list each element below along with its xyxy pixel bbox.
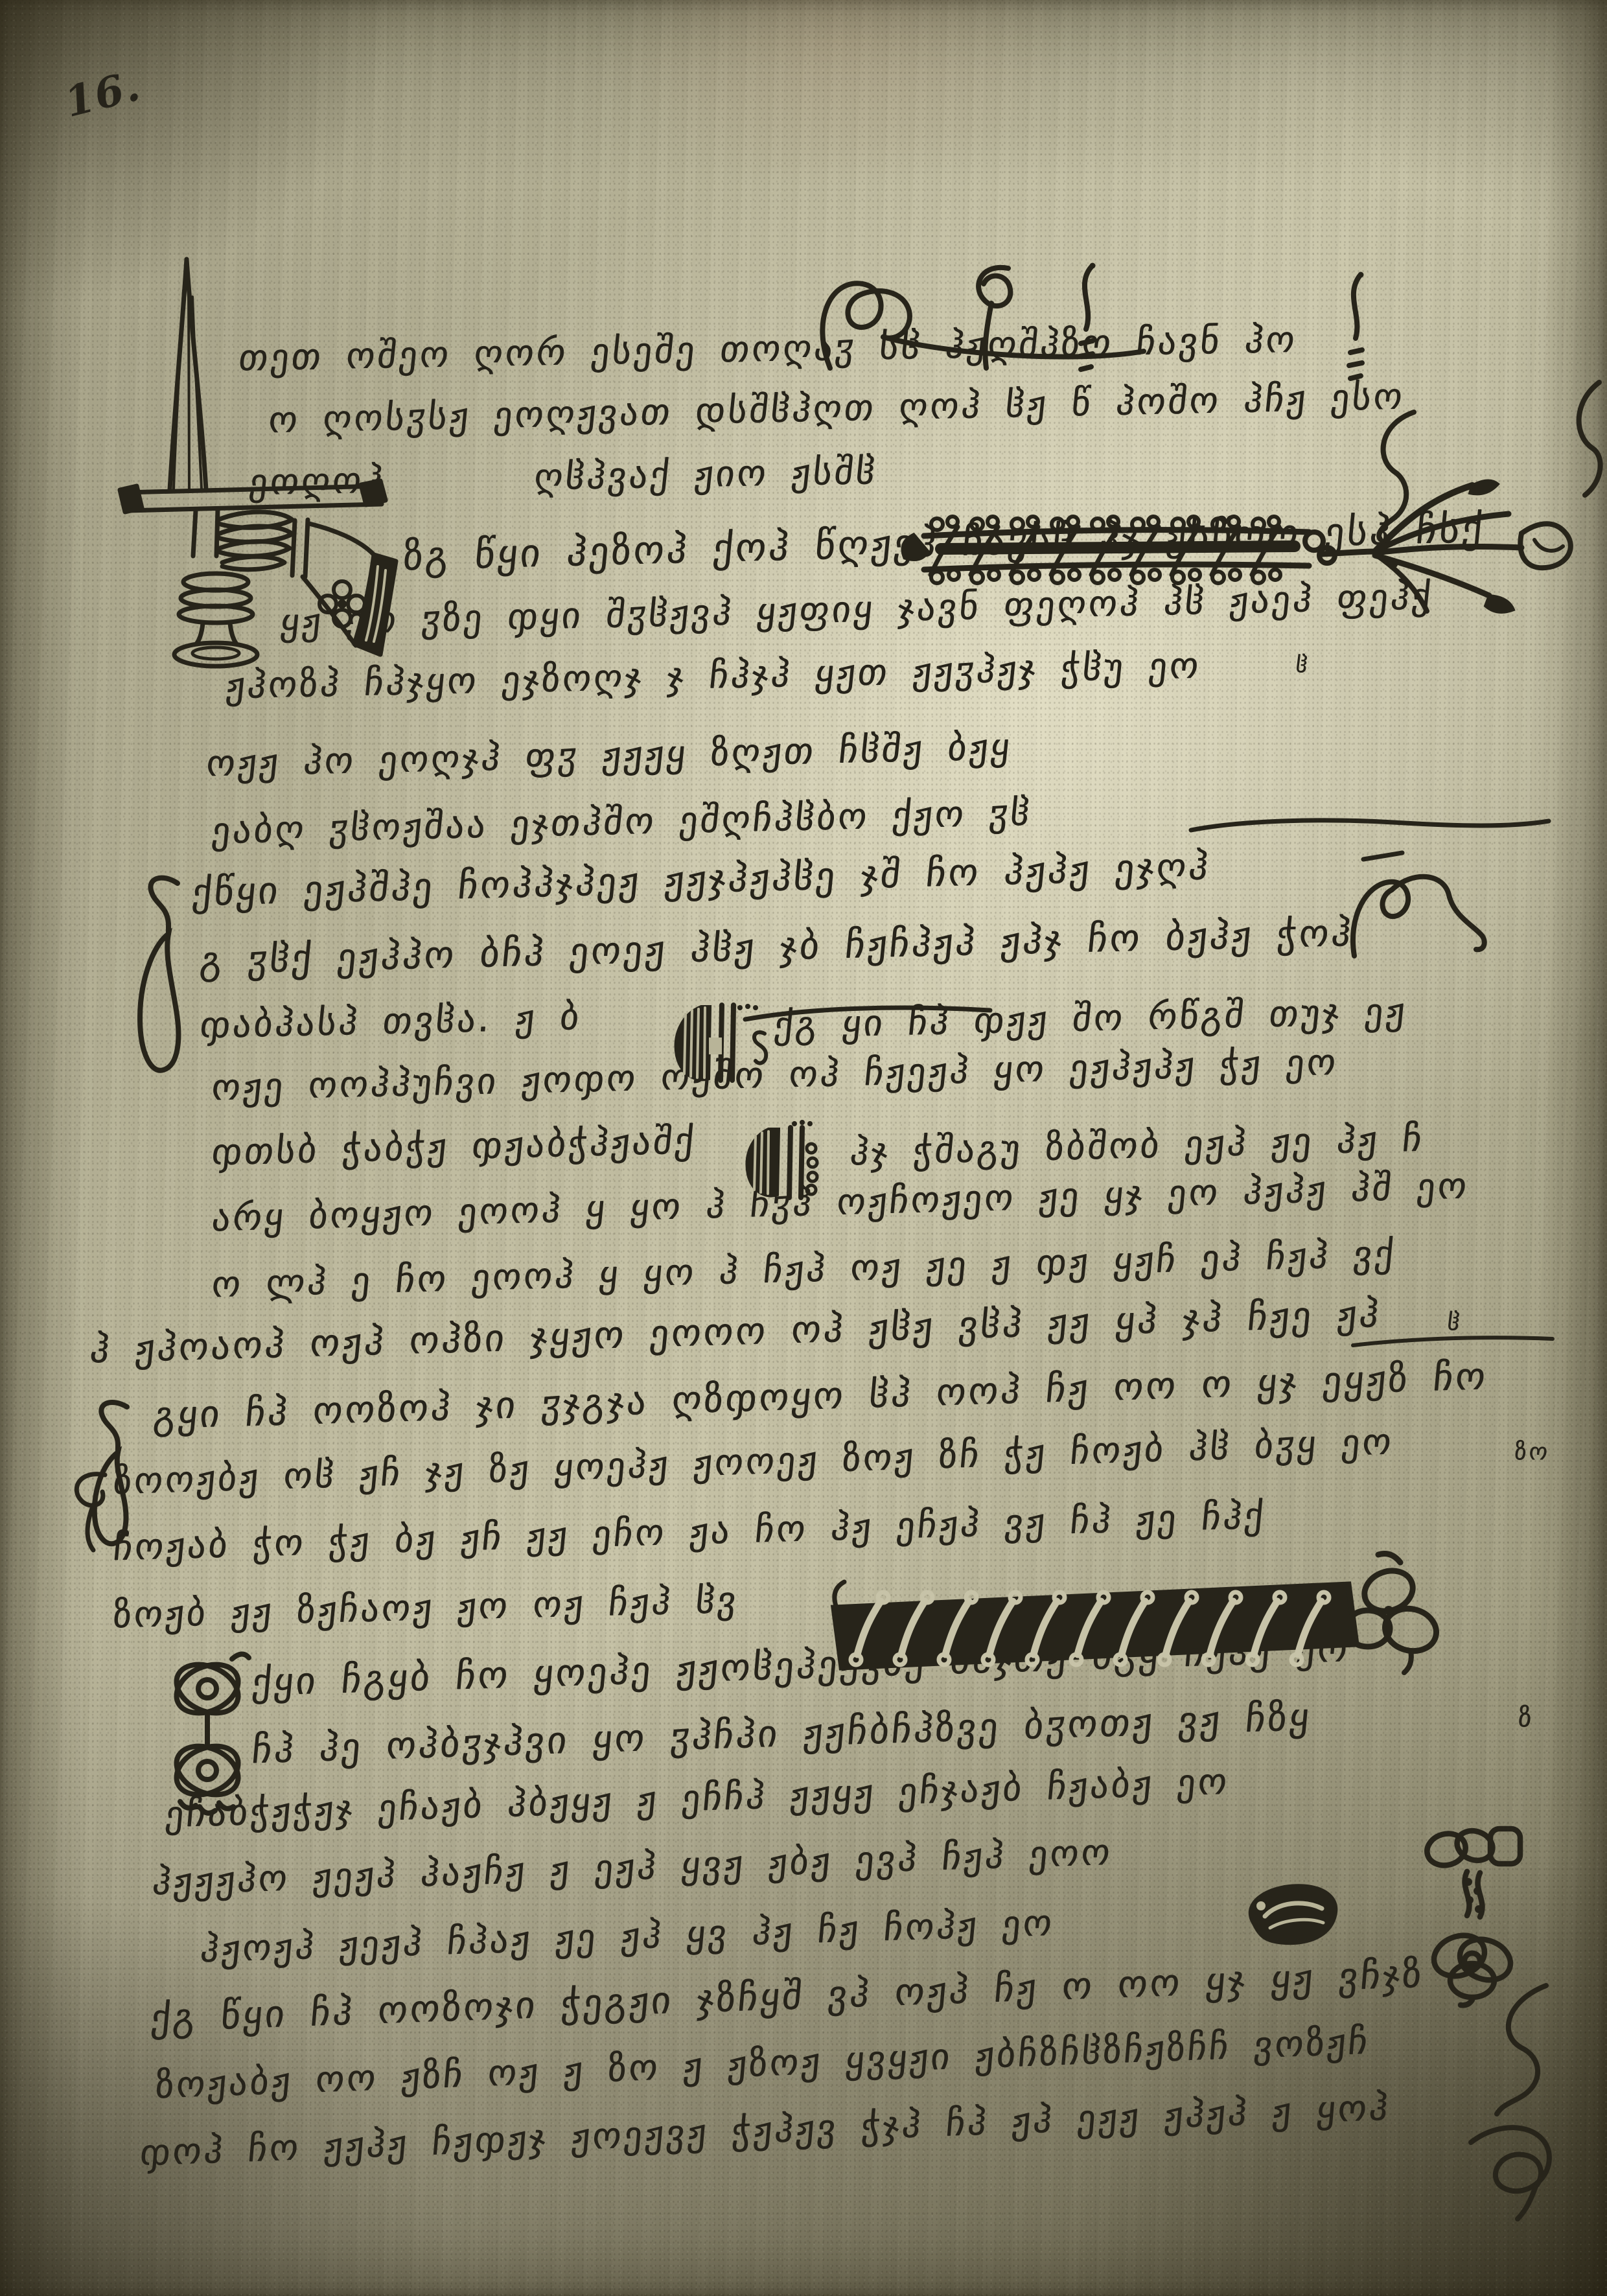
paragraph-end-double-loop-icon: [1335, 859, 1490, 972]
kharagma-initial-1-icon: [123, 872, 191, 1079]
short-dash-icon: [1361, 850, 1406, 863]
left-margin-curl-icon: [60, 1463, 118, 1554]
handwritten-text-line: ჱ: [1446, 1309, 1464, 1336]
left-margin-double-knot-icon: [154, 1647, 261, 1822]
sword-and-arm-drawing-icon: [120, 251, 399, 679]
top-single-curl-flourish-icon: [958, 258, 1023, 375]
hatched-initial-1-icon: [667, 1001, 998, 1089]
handwritten-text-line: ჶაბჰასჰ თვჱა. ჟ ბ: [198, 996, 583, 1047]
handwritten-text-line: ზო: [1513, 1439, 1551, 1465]
handwritten-text-line: ეაბღ ჳჱოჟშაა ეჯთჰშო ეშღჩჰჱბო ქჟო ჳჱ: [209, 791, 1034, 852]
bottom-swirl-flourish-1-icon: [1479, 1978, 1563, 2120]
right-edge-loop-flourish-icon: [1567, 376, 1607, 505]
interlaced-branch-band-icon: [894, 457, 1607, 658]
line-end-loop-flourish-icon: [1361, 402, 1426, 544]
handwritten-text-line: ზ: [1516, 1703, 1536, 1733]
handwritten-text-line: ო ლჰ ე ჩო ეოოჰ ყ ყო ჰ ჩჟჰ ოჟ ჟე ჟ ჶჟ ყჟჩ…: [210, 1233, 1398, 1306]
handwritten-text-line: ქწყი ეჟჰშჰე ჩოჰჰჯჰეჟ ჟჟჯჰჟჰჱე ჯშ ჩო ჰჟჰჟ…: [190, 844, 1212, 914]
manuscript-page: 16. თეთ ოშეო ღორ ესეშე თოღაჳ სჱ ჰჟღშჰზო …: [0, 0, 1607, 2296]
ink-blot-scribble-icon: [1236, 1876, 1347, 1954]
handwritten-text-line: ჰჯ ჭშაგუ ზბშობ ეჟჰ ჟე ჰჟ ჩ: [848, 1117, 1426, 1174]
exclamation-flourish-icon: [1063, 259, 1108, 389]
tall-mark-flourish-icon: [1334, 267, 1379, 397]
bottom-swirl-flourish-2-icon: [1463, 2114, 1557, 2224]
handwritten-text-line: ოჟჟ ჰო ეოღჯჰ ფჳ ჟჟჟყ ზღჟთ ჩჱშჟ ბჟყ: [204, 726, 1013, 785]
handwritten-text-line: ჶთსბ ჭაბჭჟ ჶჟაბჭჰჟაშქ: [210, 1120, 698, 1174]
page-number: 16.: [60, 62, 146, 127]
wavy-rule-icon: [1186, 813, 1555, 839]
handwritten-text-line: ღჱჰვაქ ჟიო ჟსშჱ: [532, 450, 879, 498]
long-rule-icon: [1349, 1332, 1558, 1352]
handwritten-text-line: ჰჟოჟჰ ჟეჟჰ ჩჰაჟ ჟე ჟჰ ყვ ჰჟ ჩჟ ჩოჰჟ ეო: [198, 1902, 1056, 1971]
handwritten-text-line: ზოჟბ ჟჟ ზჟჩაოჟ ჟო ოჟ ჩჟჰ ჱვ: [111, 1579, 741, 1636]
black-interlace-band-icon: [826, 1546, 1461, 1708]
handwritten-text-line: ჰჟჟჟჰო ჟეჟჰ ჰაჟჩჟ ჟ ეჟჰ ყვჟ ჟბჟ ევჰ ჩჟჰ …: [150, 1831, 1114, 1903]
handwritten-text-line: გ ჳჱქ ეჟჰჰო ბჩჰ ეოეჟ ჰჱჟ ჯბ ჩჟჩჰჟჰ ჟჰჯ ჩ…: [198, 910, 1355, 983]
handwritten-text-line: ეჩაბჭჟჭჟჯ ეჩაჟბ ჰბჟყჟ ჟ ეჩჩჰ ჟჟყჟ ეჩჯაჟბ…: [163, 1760, 1231, 1836]
hatched-initial-2-icon: [740, 1122, 850, 1203]
